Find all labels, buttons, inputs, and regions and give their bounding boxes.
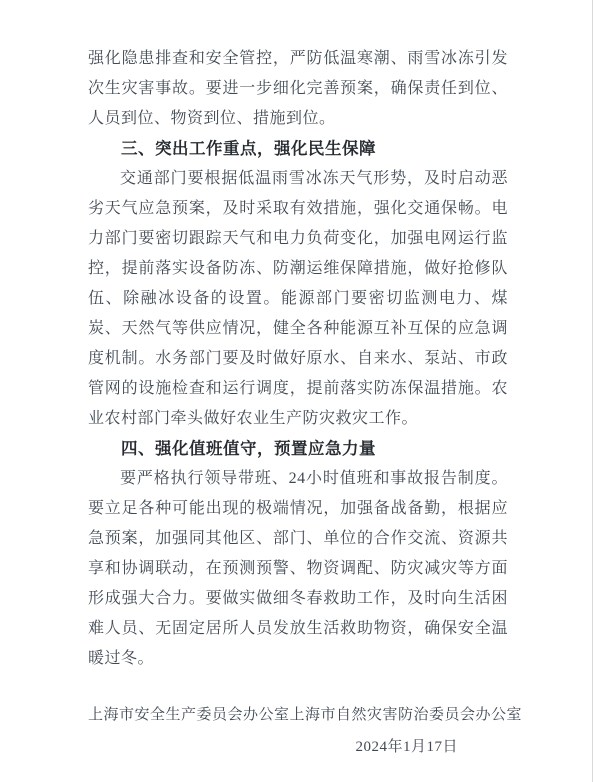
section-heading-four: 四、强化值班值守，预置应急力量	[88, 434, 508, 464]
paragraph-continuation: 强化隐患排查和安全管控，严防低温寒潮、雨雪冰冻引发次生灾害事故。要进一步细化完善…	[88, 44, 508, 134]
page-edge-line	[592, 0, 593, 782]
paragraph-section-three: 交通部门要根据低温雨雪冰冻天气形势，及时启动恶劣天气应急预案，及时采取有效措施，…	[88, 164, 508, 434]
signature-date: 2024年1月17日	[88, 732, 508, 762]
paragraph-section-four: 要严格执行领导带班、24小时值班和事故报告制度。要立足各种可能出现的极端情况，加…	[88, 464, 508, 674]
signature-block: 上海市安全生产委员会办公室 上海市自然灾害防治委员会办公室	[88, 700, 508, 730]
signature-office-right: 上海市自然灾害防治委员会办公室	[290, 700, 523, 730]
signature-office-left: 上海市安全生产委员会办公室	[88, 700, 290, 730]
document-body: 强化隐患排查和安全管控，严防低温寒潮、雨雪冰冻引发次生灾害事故。要进一步细化完善…	[88, 44, 508, 674]
section-heading-three: 三、突出工作重点，强化民生保障	[88, 134, 508, 164]
document-page: 强化隐患排查和安全管控，严防低温寒潮、雨雪冰冻引发次生灾害事故。要进一步细化完善…	[0, 0, 596, 782]
